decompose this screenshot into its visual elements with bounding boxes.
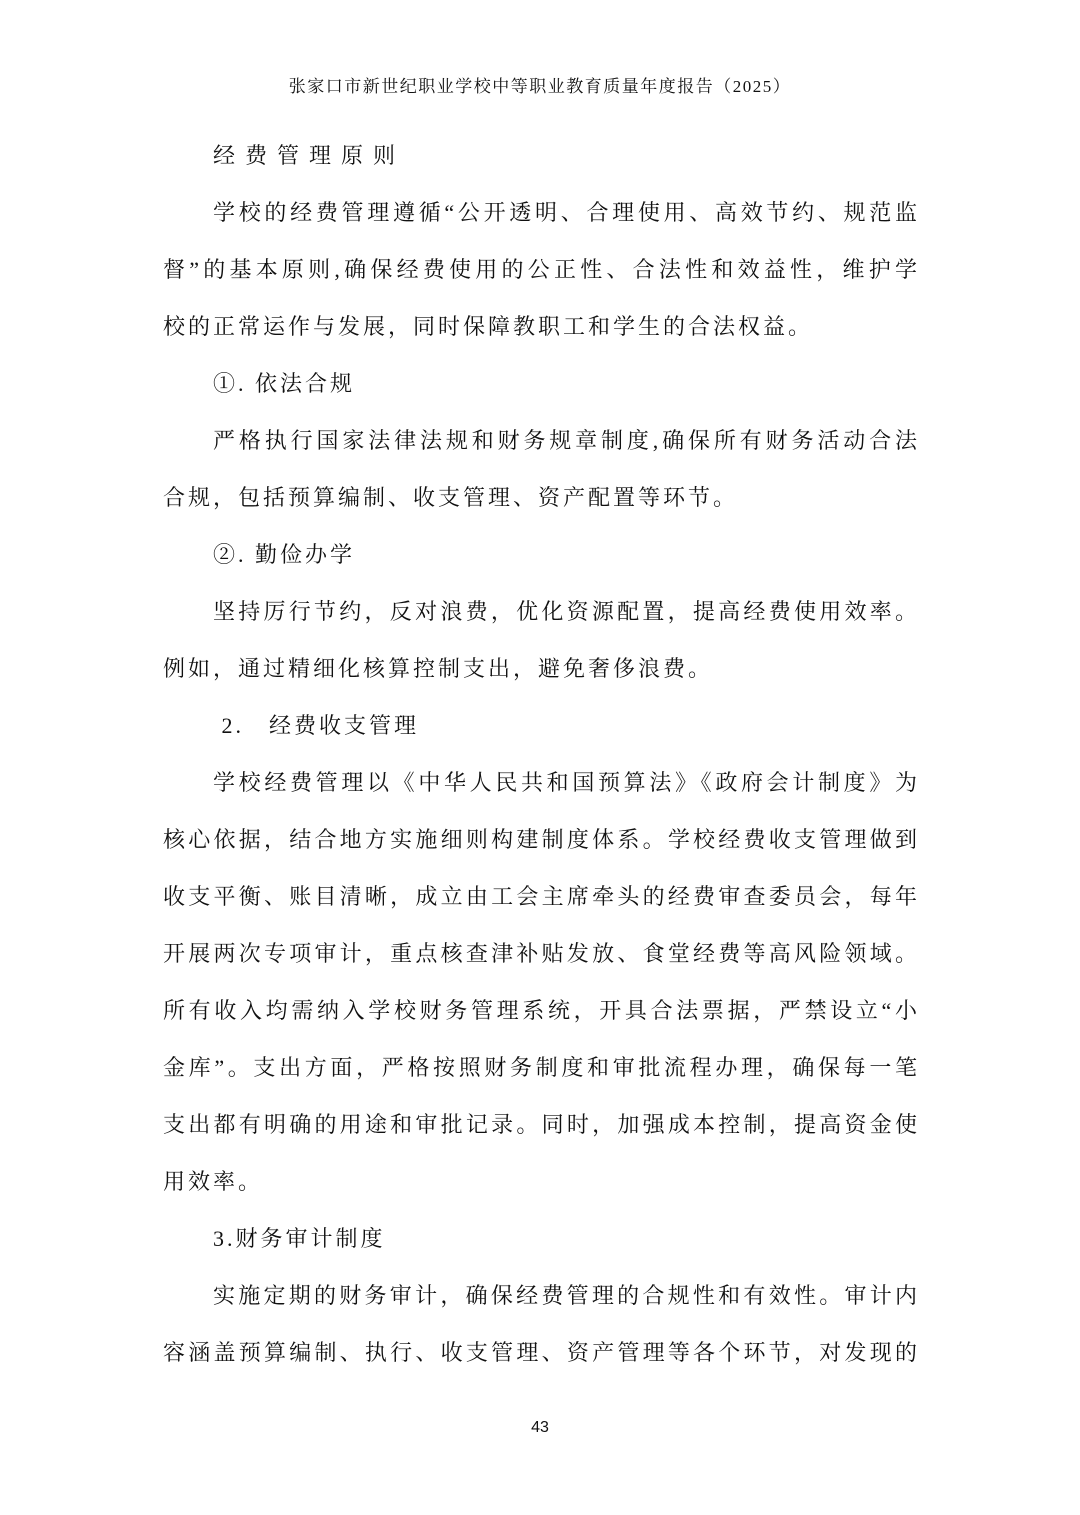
text-line: 督”的基本原则,确保经费使用的公正性、合法性和效益性，维护学 bbox=[163, 241, 917, 298]
text-line: 支出都有明确的用途和审批记录。同时，加强成本控制，提高资金使 bbox=[163, 1096, 917, 1153]
text-line: 坚持厉行节约，反对浪费，优化资源配置，提高经费使用效率。 bbox=[163, 583, 917, 640]
text-line: 校的正常运作与发展，同时保障教职工和学生的合法权益。 bbox=[163, 298, 917, 355]
text-line: 收支平衡、账目清晰，成立由工会主席牵头的经费审查委员会，每年 bbox=[163, 868, 917, 925]
text-line: 开展两次专项审计，重点核查津补贴发放、食堂经费等高风险领域。 bbox=[163, 925, 917, 982]
text-line: 合规，包括预算编制、收支管理、资产配置等环节。 bbox=[163, 469, 917, 526]
page-header: 张家口市新世纪职业学校中等职业教育质量年度报告（2025） bbox=[0, 72, 1080, 97]
text-line: 核心依据，结合地方实施细则构建制度体系。学校经费收支管理做到 bbox=[163, 811, 917, 868]
text-line: 金库”。支出方面，严格按照财务制度和审批流程办理，确保每一笔 bbox=[163, 1039, 917, 1096]
text-line: 2. 经费收支管理 bbox=[163, 697, 917, 754]
text-line: 3.财务审计制度 bbox=[163, 1210, 917, 1267]
text-line: 所有收入均需纳入学校财务管理系统，开具合法票据，严禁设立“小 bbox=[163, 982, 917, 1039]
page-number: 43 bbox=[0, 1408, 1080, 1448]
text-line: 经费管理原则 bbox=[163, 127, 917, 184]
text-line: ②. 勤俭办学 bbox=[163, 526, 917, 583]
text-line: 学校的经费管理遵循“公开透明、合理使用、高效节约、规范监 bbox=[163, 184, 917, 241]
document-body: 经费管理原则学校的经费管理遵循“公开透明、合理使用、高效节约、规范监督”的基本原… bbox=[163, 127, 917, 1381]
text-line: 实施定期的财务审计，确保经费管理的合规性和有效性。审计内 bbox=[163, 1267, 917, 1324]
text-line: 容涵盖预算编制、执行、收支管理、资产管理等各个环节，对发现的 bbox=[163, 1324, 917, 1381]
text-line: ①. 依法合规 bbox=[163, 355, 917, 412]
text-line: 用效率。 bbox=[163, 1153, 917, 1210]
text-line: 学校经费管理以《中华人民共和国预算法》《政府会计制度》为 bbox=[163, 754, 917, 811]
text-line: 严格执行国家法律法规和财务规章制度,确保所有财务活动合法 bbox=[163, 412, 917, 469]
text-line: 例如，通过精细化核算控制支出，避免奢侈浪费。 bbox=[163, 640, 917, 697]
